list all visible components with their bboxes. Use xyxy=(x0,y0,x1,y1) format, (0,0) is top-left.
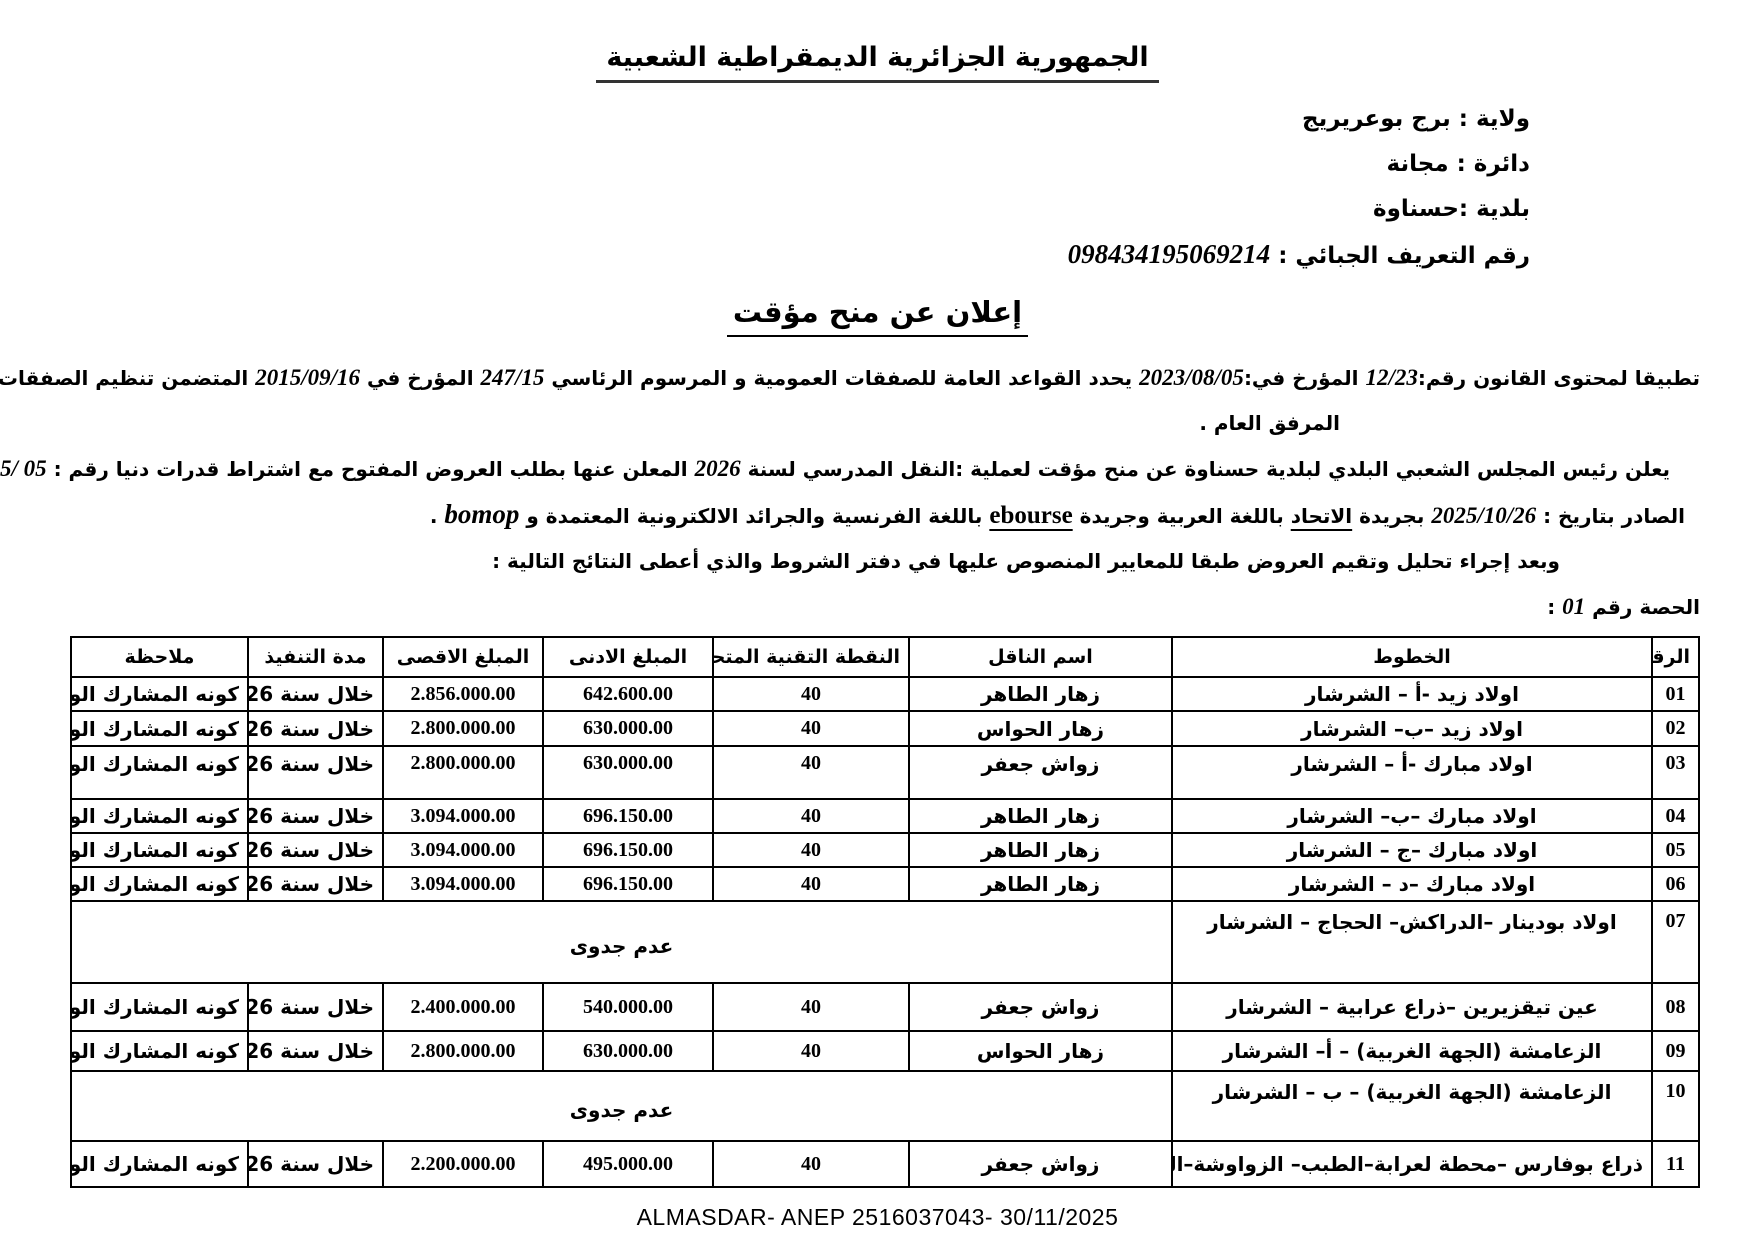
min-amount: 630.000.00 xyxy=(543,711,713,746)
row-number: 08 xyxy=(1652,983,1699,1031)
line-name: الزعامشة (الجهة الغربية) – أ– الشرشار xyxy=(1172,1031,1652,1071)
tax-id-value: 098434195069214 xyxy=(1068,239,1271,269)
carrier-name: زهار الحواس xyxy=(909,711,1172,746)
row-number: 07 xyxy=(1652,901,1699,983)
table-row: 10الزعامشة (الجهة الغربية) – ب – الشرشار… xyxy=(71,1071,1699,1141)
text-run: بجريدة xyxy=(1352,504,1431,528)
max-amount: 2.800.000.00 xyxy=(383,1031,543,1071)
technical-score: 40 xyxy=(713,677,909,711)
line-name: اولاد بودينار –الدراكش– الحجاج – الشرشار xyxy=(1172,901,1652,983)
page-title-text: إعلان عن منح مؤقت xyxy=(727,295,1028,337)
paragraph-publication-line: الصادر بتاريخ : 2025/10/26 بجريدة الاتحا… xyxy=(55,492,1700,539)
execution-duration: خلال سنة 2026 xyxy=(248,1031,383,1071)
note: كونه المشارك الوحيد xyxy=(71,867,248,901)
table-row: 06اولاد مبارك –د – الشرشارزهار الطاهر406… xyxy=(71,867,1699,901)
paragraph-announcement-line: يعلن رئيس المجلس الشعبي البلدي لبلدية حس… xyxy=(55,446,1700,492)
technical-score: 40 xyxy=(713,1031,909,1071)
execution-duration: خلال سنة 2026 xyxy=(248,867,383,901)
line-name: اولاد مبارك –ب– الشرشار xyxy=(1172,799,1652,833)
no-result-cell: عدم جدوى xyxy=(71,1071,1172,1141)
carrier-name: زهار الطاهر xyxy=(909,799,1172,833)
column-header-duration: مدة التنفيذ xyxy=(248,637,383,677)
tax-id-label: رقم التعريف الجبائي : xyxy=(1278,243,1530,269)
results-table: الرقم الخطوط اسم الناقل النقطة التقنية ا… xyxy=(70,636,1700,1188)
note: كونه المشارك الوحيد xyxy=(71,711,248,746)
law-number: 12/23 xyxy=(1365,365,1417,390)
table-row: 09الزعامشة (الجهة الغربية) – أ– الشرشارز… xyxy=(71,1031,1699,1071)
text-run: . xyxy=(430,504,445,528)
column-header-lines: الخطوط xyxy=(1172,637,1652,677)
carrier-name: زهار الطاهر xyxy=(909,867,1172,901)
max-amount: 2.800.000.00 xyxy=(383,711,543,746)
results-table-body: 01اولاد زيد -أ – الشرشارزهار الطاهر40642… xyxy=(71,677,1699,1187)
decree-number: 247/15 xyxy=(481,365,545,390)
min-amount: 630.000.00 xyxy=(543,746,713,799)
row-number: 11 xyxy=(1652,1141,1699,1187)
min-amount: 696.150.00 xyxy=(543,867,713,901)
line-name: ذراع بوفارس –محطة لعرابة–الطبب– الزواوشة… xyxy=(1172,1141,1652,1187)
year-value: 2026 xyxy=(695,456,741,481)
note: كونه المشارك الوحيد xyxy=(71,677,248,711)
results-table-head: الرقم الخطوط اسم الناقل النقطة التقنية ا… xyxy=(71,637,1699,677)
carrier-name: زواش جعفر xyxy=(909,1141,1172,1187)
footer-anep-line: ALMASDAR- ANEP 2516037043- 30/11/2025 xyxy=(55,1204,1700,1231)
wilaya-line: ولاية : برج بوعريريج xyxy=(55,97,1530,142)
min-amount: 540.000.00 xyxy=(543,983,713,1031)
carrier-name: زواش جعفر xyxy=(909,983,1172,1031)
paragraph-law-line: تطبيقا لمحتوى القانون رقم:12/23 المؤرخ ف… xyxy=(55,355,1700,401)
column-header-number: الرقم xyxy=(1652,637,1699,677)
row-number: 03 xyxy=(1652,746,1699,799)
technical-score: 40 xyxy=(713,983,909,1031)
table-row: 05اولاد مبارك –ج – الشرشارزهار الطاهر406… xyxy=(71,833,1699,867)
min-amount: 630.000.00 xyxy=(543,1031,713,1071)
document-page: الجمهورية الجزائرية الديمقراطية الشعبية … xyxy=(0,0,1755,1231)
table-row: 04اولاد مبارك –ب– الشرشارزهار الطاهر4069… xyxy=(71,799,1699,833)
text-run: وبعد إجراء تحليل وتقيم العروض طبقا للمعا… xyxy=(492,549,1560,573)
column-header-carrier: اسم الناقل xyxy=(909,637,1172,677)
execution-duration: خلال سنة 2026 xyxy=(248,1141,383,1187)
min-amount: 495.000.00 xyxy=(543,1141,713,1187)
text-run: المتضمن تنظيم الصفقات العمومية وتفويضات xyxy=(0,366,255,390)
note: كونه المشارك الوحيد xyxy=(71,746,248,799)
min-amount: 696.150.00 xyxy=(543,799,713,833)
publication-date: 2025/10/26 xyxy=(1431,503,1536,528)
table-row: 07اولاد بودينار –الدراكش– الحجاج – الشرش… xyxy=(71,901,1699,983)
text-run: باللغة العربية وجريدة xyxy=(1073,504,1291,528)
line-name: عين تيقزيرين –ذراع عرابية – الشرشار xyxy=(1172,983,1652,1031)
row-number: 06 xyxy=(1652,867,1699,901)
execution-duration: خلال سنة 2026 xyxy=(248,677,383,711)
technical-score: 40 xyxy=(713,867,909,901)
note: كونه المشارك الوحيد xyxy=(71,833,248,867)
decree-date: 2015/09/16 xyxy=(255,365,360,390)
column-header-max-amount: المبلغ الاقصى xyxy=(383,637,543,677)
column-header-note: ملاحظة xyxy=(71,637,248,677)
max-amount: 2.200.000.00 xyxy=(383,1141,543,1187)
lot-number: 01 xyxy=(1562,594,1585,619)
table-row: 01اولاد زيد -أ – الشرشارزهار الطاهر40642… xyxy=(71,677,1699,711)
line-name: اولاد مبارك –د – الشرشار xyxy=(1172,867,1652,901)
daira-line: دائرة : مجانة xyxy=(55,142,1530,187)
carrier-name: زواش جعفر xyxy=(909,746,1172,799)
text-run: المعلن عنها بطلب العروض المفتوح مع اشترا… xyxy=(47,457,695,481)
row-number: 01 xyxy=(1652,677,1699,711)
no-result-cell: عدم جدوى xyxy=(71,901,1172,983)
table-row: 08عين تيقزيرين –ذراع عرابية – الشرشارزوا… xyxy=(71,983,1699,1031)
line-name: اولاد مبارك –ج – الشرشار xyxy=(1172,833,1652,867)
lot-title-line: الحصة رقم 01 : xyxy=(55,584,1700,630)
technical-score: 40 xyxy=(713,833,909,867)
row-number: 02 xyxy=(1652,711,1699,746)
min-amount: 696.150.00 xyxy=(543,833,713,867)
table-row: 02اولاد زيد –ب– الشرشارزهار الحواس40630.… xyxy=(71,711,1699,746)
lot-colon: : xyxy=(1547,595,1562,619)
tax-id-line: رقم التعريف الجبائي : 098434195069214 xyxy=(55,232,1530,279)
max-amount: 3.094.000.00 xyxy=(383,799,543,833)
row-number: 04 xyxy=(1652,799,1699,833)
note: كونه المشارك الوحيد xyxy=(71,1141,248,1187)
max-amount: 2.856.000.00 xyxy=(383,677,543,711)
text-run: الصادر بتاريخ : xyxy=(1536,504,1685,528)
lot-label: الحصة رقم xyxy=(1585,595,1700,619)
execution-duration: خلال سنة 2026 xyxy=(248,711,383,746)
technical-score: 40 xyxy=(713,746,909,799)
max-amount: 3.094.000.00 xyxy=(383,833,543,867)
paragraph-results-line: وبعد إجراء تحليل وتقيم العروض طبقا للمعا… xyxy=(55,539,1700,584)
technical-score: 40 xyxy=(713,711,909,746)
row-number: 05 xyxy=(1652,833,1699,867)
carrier-name: زهار الطاهر xyxy=(909,833,1172,867)
max-amount: 2.800.000.00 xyxy=(383,746,543,799)
execution-duration: خلال سنة 2026 xyxy=(248,746,383,799)
republic-heading-text: الجمهورية الجزائرية الديمقراطية الشعبية xyxy=(596,42,1158,83)
newspaper-name-ar: الاتحاد xyxy=(1291,504,1352,528)
note: كونه المشارك الوحيد xyxy=(71,799,248,833)
table-row: 03اولاد مبارك -أ – الشرشارزواش جعفر40630… xyxy=(71,746,1699,799)
header-row: الرقم الخطوط اسم الناقل النقطة التقنية ا… xyxy=(71,637,1699,677)
text-run: المؤرخ في xyxy=(360,366,480,390)
text-run: باللغة الفرنسية والجرائد الالكترونية الم… xyxy=(519,504,989,528)
page-title: إعلان عن منح مؤقت xyxy=(55,295,1700,337)
header-info: ولاية : برج بوعريريج دائرة : مجانة بلدية… xyxy=(55,97,1530,279)
column-header-score: النقطة التقنية المتحصل عليها xyxy=(713,637,909,677)
column-header-min-amount: المبلغ الادنى xyxy=(543,637,713,677)
note: كونه المشارك الوحيد xyxy=(71,1031,248,1071)
republic-heading: الجمهورية الجزائرية الديمقراطية الشعبية xyxy=(55,42,1700,83)
table-row: 11ذراع بوفارس –محطة لعرابة–الطبب– الزواو… xyxy=(71,1141,1699,1187)
line-name: اولاد مبارك -أ – الشرشار xyxy=(1172,746,1652,799)
note: كونه المشارك الوحيد xyxy=(71,983,248,1031)
carrier-name: زهار الطاهر xyxy=(909,677,1172,711)
line-name: الزعامشة (الجهة الغربية) – ب – الشرشار xyxy=(1172,1071,1652,1141)
line-name: اولاد زيد –ب– الشرشار xyxy=(1172,711,1652,746)
text-run: يعلن رئيس المجلس الشعبي البلدي لبلدية حس… xyxy=(741,457,1670,481)
text-run: المؤرخ في: xyxy=(1244,366,1366,390)
execution-duration: خلال سنة 2026 xyxy=(248,799,383,833)
max-amount: 3.094.000.00 xyxy=(383,867,543,901)
body-text: تطبيقا لمحتوى القانون رقم:12/23 المؤرخ ف… xyxy=(55,355,1700,630)
execution-duration: خلال سنة 2026 xyxy=(248,983,383,1031)
max-amount: 2.400.000.00 xyxy=(383,983,543,1031)
bomop-name: bomop xyxy=(444,499,519,529)
commune-line: بلدية :حسناوة xyxy=(55,187,1530,232)
row-number: 10 xyxy=(1652,1071,1699,1141)
newspaper-name-fr: ebourse xyxy=(989,502,1072,529)
carrier-name: زهار الحواس xyxy=(909,1031,1172,1071)
text-run: المرفق العام . xyxy=(1199,411,1340,435)
execution-duration: خلال سنة 2026 xyxy=(248,833,383,867)
row-number: 09 xyxy=(1652,1031,1699,1071)
paragraph-law-line-2: المرفق العام . xyxy=(55,401,1700,446)
technical-score: 40 xyxy=(713,799,909,833)
line-name: اولاد زيد -أ – الشرشار xyxy=(1172,677,1652,711)
technical-score: 40 xyxy=(713,1141,909,1187)
text-run: يحدد القواعد العامة للصفقات العمومية و ا… xyxy=(544,366,1139,390)
text-run: تطبيقا لمحتوى القانون رقم: xyxy=(1418,366,1700,390)
tender-number: 2025/ 05 xyxy=(0,456,47,481)
law-date: 2023/08/05 xyxy=(1139,365,1244,390)
min-amount: 642.600.00 xyxy=(543,677,713,711)
